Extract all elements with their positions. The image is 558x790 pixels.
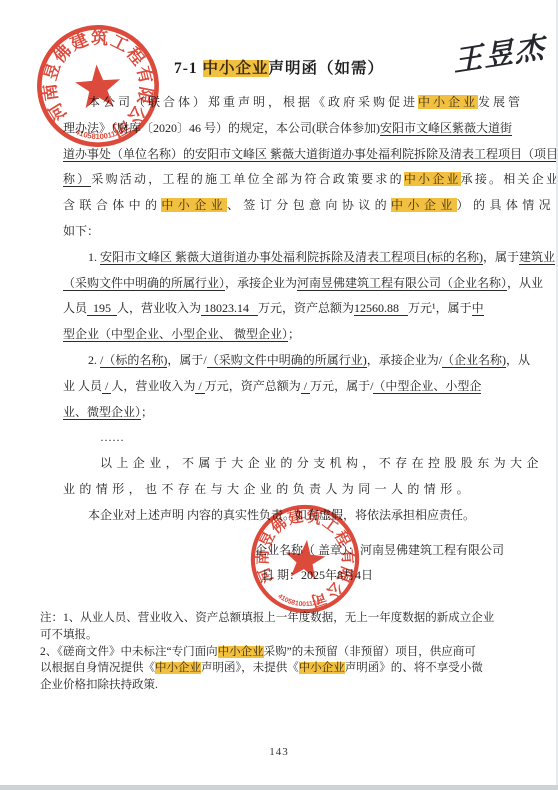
text-segment: 如下： <box>63 224 99 238</box>
text-segment: 业 人员 <box>63 379 102 393</box>
title-highlighted-text: 中小企业 <box>203 60 269 77</box>
body-line: 型企业（中型企业、小型企业、 微型企业）； <box>63 322 499 348</box>
body-line: 1. 安阳市文峰区 紫薇大道街道办事处福利院拆除及清表工程项目(标的名称)，属于… <box>63 245 499 271</box>
text-segment: 2、《磋商文件》中未标注“专门面向 <box>40 646 218 658</box>
underlined-text: 河南昱佛建筑工程有限公司（企业名称） <box>297 276 507 291</box>
text-segment: 发展管 <box>478 95 523 109</box>
star-icon <box>283 538 327 580</box>
underlined-text: 型企业（中型企业、小型企业、 微型企业） <box>63 327 288 342</box>
star-icon <box>74 63 122 109</box>
body-line: …… <box>63 425 499 451</box>
text-segment: 采购”的未预留（非预留）项目，供应商可 <box>264 646 476 658</box>
company-seal-stamp: 河南昱佛建筑工程有限公司 4105810011241 <box>21 9 175 163</box>
text-segment: 声明函》的、将不享受小微 <box>345 662 483 674</box>
notes-section: 注：1、从业人员、营业收入、资产总额填报上一年度数据，无上一年度数据的新成立企业… <box>40 610 532 694</box>
text-segment: ，承接企业为 <box>225 276 297 290</box>
underlined-text: （中型企业、小型企 <box>373 379 481 394</box>
document-page: 7-1 中小企业声明函（如需） 王昱杰 本公司（联合体）郑重声明，根据《政府采购… <box>0 0 558 790</box>
highlighted-text: 中小企业 <box>218 646 264 658</box>
text-segment: 含联合体中的 <box>63 198 161 212</box>
highlighted-text: 中小企业 <box>155 662 201 674</box>
underlined-text: （采购文件中明确的所属行业) <box>207 353 367 368</box>
company-seal-stamp: 河南昱佛建筑工程有限公司 4105810011241 <box>235 489 376 630</box>
text-segment: 人员 <box>63 301 87 315</box>
employees-value: 195 <box>87 301 117 316</box>
text-segment: 万元，资产总额为 <box>258 301 354 315</box>
note-line: 企业价格扣除扶持政策. <box>40 677 532 694</box>
underlined-text: 安阳市文峰区 紫薇大道街道办事处福利院拆除及清表工程项目(标的名称) <box>100 250 483 265</box>
text-segment: 以上企业，不属于大企业的分支机构，不存在控股股东为大企 <box>100 456 543 470</box>
text-segment: ）的具体情况 <box>457 198 555 212</box>
body-line: 如下： <box>63 219 499 245</box>
text-segment: 承接。相关企业（ <box>461 172 558 186</box>
ellipsis-text: …… <box>100 430 124 444</box>
highlighted-text: 中小企业 <box>161 198 227 212</box>
text-segment: 2. <box>88 353 100 367</box>
underlined-text: 建筑业 <box>519 250 555 265</box>
text-segment: ，承接企业为/ <box>367 353 442 367</box>
body-line: 业、微型企业）； <box>63 400 499 426</box>
underlined-text: （采购文件中明确的所属行业） <box>63 276 225 291</box>
text-segment: 万元，属于/ <box>310 379 373 393</box>
body-line: 人员 195 人，营业收入为 18023.14 万元，资产总额为12560.88… <box>63 296 499 322</box>
text-segment: 、签订分包意向协议的 <box>227 198 391 212</box>
underlined-text: （企业名称) <box>442 353 506 368</box>
body-line: 业 人员 / 人，营业收入为 / 万元，资产总额为 / 万元，属于/（中型企业、… <box>63 374 499 400</box>
underlined-text: /（标的名称) <box>100 353 167 368</box>
note-line: 以根据自身情况提供《中小企业声明函》，未提供《中小企业声明函》的、将不享受小微 <box>40 660 532 677</box>
text-segment: ； <box>141 405 153 419</box>
underlined-text: 业、微型企业） <box>63 405 141 420</box>
text-segment: ，从 <box>506 353 530 367</box>
body-line: 2. /（标的名称)，属于/（采购文件中明确的所属行业)，承接企业为/（企业名称… <box>63 348 499 374</box>
note-line: 2、《磋商文件》中未标注“专门面向中小企业采购”的未预留（非预留）项目，供应商可 <box>40 644 532 661</box>
text-segment: 声明函》，未提供《 <box>201 662 299 674</box>
assets-value: 12560.88 <box>354 301 408 316</box>
highlighted-text: 中小企业 <box>404 172 461 186</box>
highlighted-text: 中小企业 <box>299 662 345 674</box>
underlined-text: / <box>301 379 310 394</box>
text-segment: 企业价格扣除扶持政策. <box>40 679 158 691</box>
text-segment: ，从业 <box>507 276 543 290</box>
text-segment: 采购活动，工程的施工单位全部为符合政策要求的 <box>91 172 403 186</box>
highlighted-text: 中小企业 <box>418 95 478 109</box>
body-line: 以上企业，不属于大企业的分支机构，不存在控股股东为大企 <box>63 451 499 477</box>
underlined-text: 安阳市文峰区紫薇大道街 <box>380 121 512 136</box>
text-segment: 1. <box>88 250 100 264</box>
body-line: （采购文件中明确的所属行业），承接企业为河南昱佛建筑工程有限公司（企业名称），从… <box>63 271 499 297</box>
revenue-value: 18023.14 <box>201 301 258 316</box>
text-segment: ，属于 <box>483 250 519 264</box>
underlined-text: / <box>195 379 204 394</box>
title-prefix: 7-1 <box>174 60 203 77</box>
text-segment: 以根据自身情况提供《 <box>40 662 155 674</box>
text-segment: 可不填报。 <box>40 629 98 641</box>
note-line: 可不填报。 <box>40 627 532 644</box>
underlined-text: 称） <box>63 172 91 187</box>
text-segment: 人，营业收入为 <box>117 301 201 315</box>
page-edge-shadow <box>0 785 558 790</box>
title-suffix: 声明函（如需） <box>269 60 385 77</box>
underlined-text: / <box>102 379 111 394</box>
page-number: 143 <box>0 746 558 758</box>
body-line: 称）采购活动，工程的施工单位全部为符合政策要求的中小企业承接。相关企业（ <box>63 167 499 193</box>
text-segment: ； <box>288 327 300 341</box>
underlined-text: 中 <box>472 301 484 316</box>
text-segment: 万元¹，属于 <box>408 301 472 315</box>
text-segment: ，属于/ <box>167 353 206 367</box>
text-segment: 万元，资产总额为 <box>205 379 301 393</box>
text-segment: 人，营业收入为 <box>111 379 195 393</box>
highlighted-text: 中小企业 <box>391 198 457 212</box>
body-line: 含联合体中的中小企业、签订分包意向协议的中小企业）的具体情况 <box>63 193 499 219</box>
